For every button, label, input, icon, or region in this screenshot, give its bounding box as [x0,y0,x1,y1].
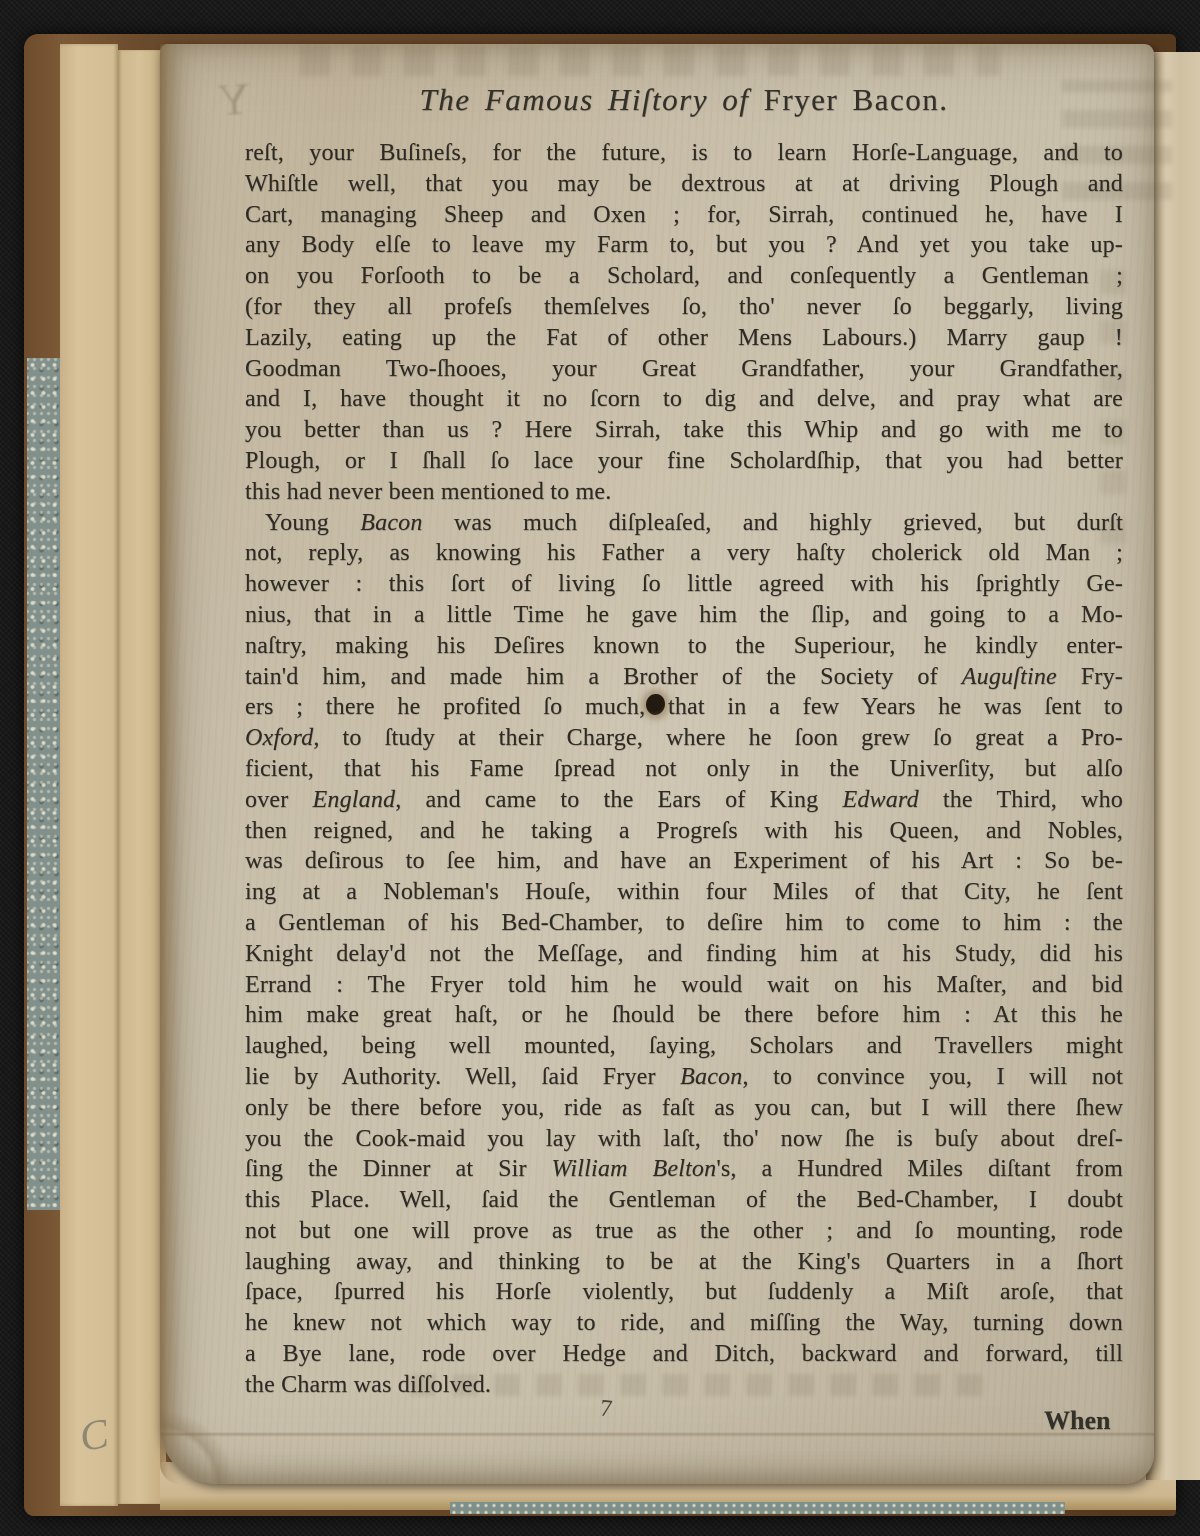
text-line: tain'd him, and made him a Brother of th… [245,662,1123,693]
text-line: (for they all profeſs themſelves ſo, tho… [245,292,1123,323]
next-page-edge [1146,52,1200,1480]
text-line: naſtry, making his Deſires known to the … [245,631,1123,662]
text-line: Lazily, eating up the Fat of other Mens … [245,323,1123,354]
text-line: only be there before you, ride as faſt a… [245,1093,1123,1124]
text-line: a Bye lane, rode over Hedge and Ditch, b… [245,1339,1123,1370]
text-line: him make great haſt, or he ſhould be the… [245,1000,1123,1031]
text-line: Plough, or I ſhall ſo lace your fine Sch… [245,446,1123,477]
text-line: reſt, your Buſineſs, for the future, is … [245,138,1123,169]
text-line: laughing away, and thinking to be at the… [245,1247,1123,1278]
marbled-paper-edge [27,358,63,1210]
text-line: a Gentleman of his Bed-Chamber, to deſir… [245,908,1123,939]
text-line: he knew not which way to ride, and miſſi… [245,1308,1123,1339]
catchword: When [1044,1406,1110,1436]
endpaper-leaf [60,44,118,1506]
text-line: Cart, managing Sheep and Oxen ; for, Sir… [245,200,1123,231]
text-line: ers ; there he profited ſo much, that in… [245,692,1123,723]
text-line: Young Bacon was much diſpleaſed, and hig… [245,508,1123,539]
endpaper-leaf-inner [118,50,166,1504]
text-line: this had never been mentioned to me. [245,477,1123,508]
text-line: nius, that in a little Time he gave him … [245,600,1123,631]
text-line: was deſirous to ſee him, and have an Exp… [245,846,1123,877]
text-line: not but one will prove as true as the ot… [245,1216,1123,1247]
page-title: The Famous Hiſtory of Fryer Bacon. [245,82,1123,118]
text-line: the Charm was diſſolved. [245,1370,1123,1401]
page-title-roman: Fryer Bacon. [764,82,949,117]
text-line: you better than us ? Here Sirrah, take t… [245,415,1123,446]
text-line: this Place. Well, ſaid the Gentleman of … [245,1185,1123,1216]
text-line: Whiſtle well, that you may be dextrous a… [245,169,1123,200]
text-line: Knight delay'd not the Meſſage, and find… [245,939,1123,970]
text-line: not, reply, as knowing his Father a very… [245,538,1123,569]
text-line: ſpace, ſpurred his Horſe violently, but … [245,1277,1123,1308]
text-line: Oxford, to ſtudy at their Charge, where … [245,723,1123,754]
book-page: Y The Famous Hiſtory of Fryer Bacon. reſ… [160,44,1154,1484]
body-text: reſt, your Buſineſs, for the future, is … [245,138,1123,1401]
text-line: then reigned, and he taking a Progreſs w… [245,816,1123,847]
marbled-paper-bottom-edge [450,1502,1065,1514]
text-line: ficient, that his Fame ſpread not only i… [245,754,1123,785]
text-line: Errand : The Fryer told him he would wai… [245,970,1123,1001]
text-line: laughed, being well mounted, ſaying, Sch… [245,1031,1123,1062]
text-line: and I, have thought it no ſcorn to dig a… [245,384,1123,415]
text-line: on you Forſooth to be a Scholard, and co… [245,261,1123,292]
text-line: over England, and came to the Ears of Ki… [245,785,1123,816]
scan-background: Y The Famous Hiſtory of Fryer Bacon. reſ… [0,0,1200,1536]
text-line: any Body elſe to leave my Farm to, but y… [245,230,1123,261]
signature-mark: 7 [599,1395,614,1423]
page-title-italic: The Famous Hiſtory of [420,82,764,117]
text-line: however : this ſort of living ſo little … [245,569,1123,600]
showthrough-smudge-top [300,46,1000,76]
text-line: ſing the Dinner at Sir William Belton's,… [245,1154,1123,1185]
text-line: you the Cook-maid you lay with laſt, tho… [245,1124,1123,1155]
text-line: Goodman Two-ſhooes, your Great Grandfath… [245,354,1123,385]
text-line: lie by Authority. Well, ſaid Fryer Bacon… [245,1062,1123,1093]
text-line: ing at a Nobleman's Houſe, within four M… [245,877,1123,908]
